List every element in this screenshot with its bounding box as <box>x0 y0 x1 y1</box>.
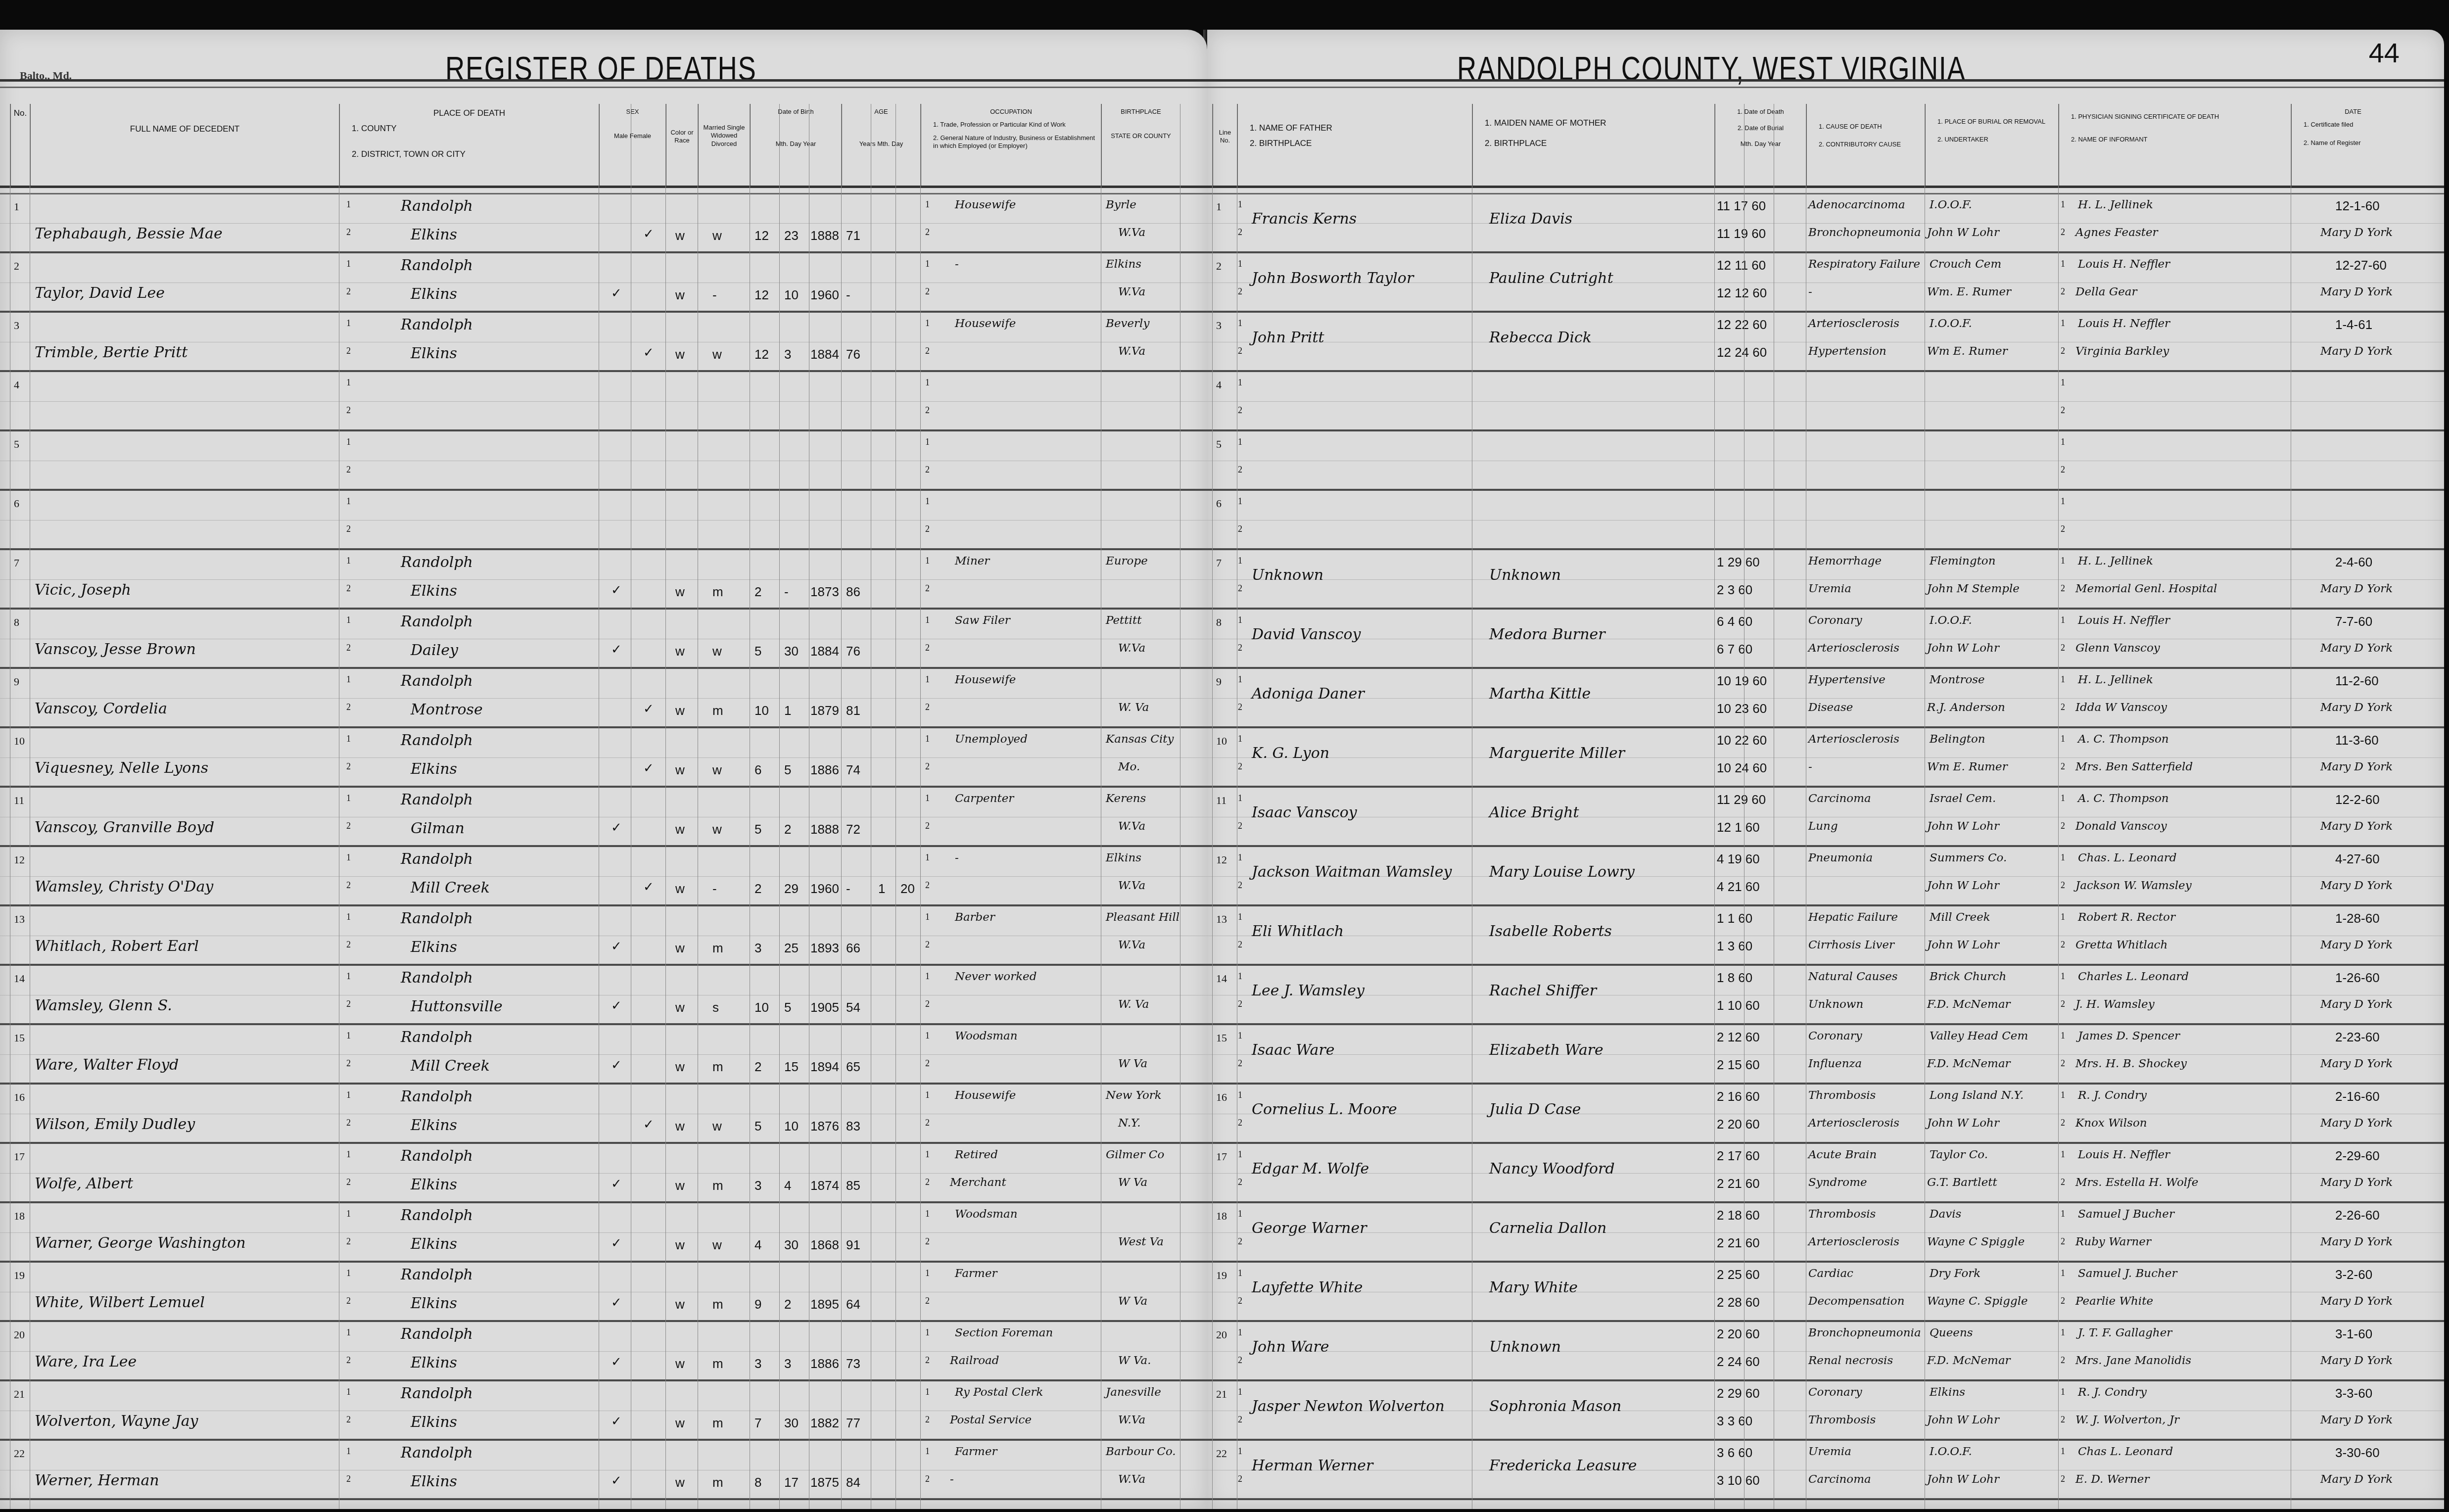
hdr-age-day: Day <box>892 140 903 147</box>
cause-of-death: Hepatic Failure <box>1808 911 1898 924</box>
column-rule <box>895 104 896 1509</box>
mother-maiden-name: Martha Kittle <box>1489 685 1591 703</box>
dob-year: 1886 <box>810 762 839 778</box>
contributory-cause: Carcinoma <box>1808 1473 1871 1486</box>
father-name: John Bosworth Taylor <box>1252 270 1413 287</box>
dob-year: 1894 <box>810 1059 839 1075</box>
dob-year: 1884 <box>810 644 839 659</box>
register-name: Mary D York <box>2320 998 2393 1011</box>
dob-month: 12 <box>754 287 769 303</box>
mother-maiden-name: Marguerite Miller <box>1489 745 1625 762</box>
occupation-trade: - <box>955 258 959 271</box>
register-row: 141212Wamsley, Glenn S.RandolphHuttonsvi… <box>0 967 1207 1025</box>
register-row: 91212Vanscoy, CordeliaRandolphMontrose✓w… <box>0 670 1207 728</box>
column-rule <box>599 104 599 1509</box>
sub-line-marker: 2 <box>1238 1177 1242 1187</box>
sub-line-marker: 2 <box>925 702 930 712</box>
undertaker: John W Lohr <box>1927 1414 1999 1426</box>
dob-year: 1888 <box>810 228 839 243</box>
sub-line-marker: 1 <box>346 1090 351 1100</box>
sub-line-marker: 2 <box>2061 821 2065 831</box>
dob-year: 1876 <box>810 1119 839 1134</box>
sub-line-marker: 2 <box>346 465 351 475</box>
contributory-cause: Arteriosclerosis <box>1808 1117 1899 1130</box>
color-race: w <box>675 1356 685 1371</box>
column-rule <box>1472 104 1472 1509</box>
row-number: 10 <box>14 735 25 748</box>
row-divider <box>1207 817 2444 817</box>
sub-line-marker: 2 <box>2061 643 2065 653</box>
dob-year: 1882 <box>810 1416 839 1431</box>
register-row: 111212Vanscoy, Granville BoydRandolphGil… <box>0 789 1207 847</box>
sex-female-mark: ✓ <box>643 1117 654 1132</box>
sex-female-mark: ✓ <box>643 345 654 360</box>
mother-maiden-name: Medora Burner <box>1489 626 1605 643</box>
dob-month: 2 <box>754 584 761 600</box>
sub-line-marker: 2 <box>2061 346 2065 356</box>
row-number: 12 <box>14 853 25 866</box>
sex-male-mark: ✓ <box>611 1414 622 1429</box>
town: Gilman <box>411 820 465 837</box>
register-name: Mary D York <box>2320 879 2393 892</box>
sub-line-marker: 1 <box>1238 259 1242 269</box>
row-number: 18 <box>14 1210 25 1223</box>
register-row: 81212David VanscoyMedora Burner6 4 606 7… <box>1207 611 2444 669</box>
row-number: 22 <box>1216 1447 1227 1460</box>
sub-line-marker: 2 <box>346 1177 351 1187</box>
county: Randolph <box>401 316 473 333</box>
sub-line-marker: 2 <box>346 1355 351 1366</box>
birthplace-line1: Pleasant Hill <box>1106 911 1179 924</box>
hdr-mother-2: 2. BIRTHPLACE <box>1473 128 1714 148</box>
register-name: Mary D York <box>2320 226 2393 239</box>
dob-month: 7 <box>754 1416 761 1431</box>
row-number: 16 <box>1216 1091 1227 1104</box>
certificate-filed-date: 2-23-60 <box>2335 1030 2380 1045</box>
date-of-death: 6 4 60 <box>1717 614 1752 629</box>
sub-line-marker: 2 <box>1238 1118 1242 1128</box>
undertaker: Wayne C. Spiggle <box>1927 1295 2028 1308</box>
register-name: Mary D York <box>2320 1235 2393 1248</box>
sub-line-marker: 2 <box>346 1296 351 1306</box>
row-number: 7 <box>1216 557 1222 569</box>
sex-male-mark: ✓ <box>611 1057 622 1073</box>
row-divider <box>0 1470 1207 1470</box>
mother-maiden-name: Elizabeth Ware <box>1489 1041 1603 1059</box>
hdr-occupation-1: 1. Trade, Profession or Particular Kind … <box>921 116 1101 129</box>
row-divider <box>1207 461 2444 461</box>
undertaker: John W Lohr <box>1927 879 1999 892</box>
register-row: 141212Lee J. WamsleyRachel Shiffer1 8 60… <box>1207 967 2444 1025</box>
color-race: w <box>675 347 685 362</box>
left-column-headers: No. FULL NAME OF DECEDENT PLACE OF DEATH… <box>0 104 1207 188</box>
informant: Glenn Vanscoy <box>2075 642 2160 655</box>
sub-line-marker: 2 <box>925 346 930 356</box>
hdr-town: 2. DISTRICT, TOWN OR CITY <box>340 134 599 159</box>
age-years: 91 <box>846 1237 860 1253</box>
color-race: w <box>675 1000 685 1015</box>
sub-line-marker: 2 <box>2061 1236 2065 1247</box>
county: Randolph <box>401 554 473 571</box>
contributory-cause: Syndrome <box>1808 1176 1867 1189</box>
register-row: 221212Werner, HermanRandolphElkins✓wm817… <box>0 1442 1207 1500</box>
sub-line-marker: 1 <box>2061 674 2065 685</box>
sub-line-marker: 2 <box>346 346 351 356</box>
age-years: 86 <box>846 584 860 600</box>
sub-line-marker: 2 <box>1238 1058 1242 1069</box>
age-years: 77 <box>846 1416 860 1431</box>
county: Randolph <box>401 850 473 868</box>
sub-line-marker: 1 <box>925 1090 930 1100</box>
county: Randolph <box>401 1444 473 1462</box>
father-name: Layfette White <box>1252 1279 1363 1296</box>
sub-line-marker: 1 <box>925 793 930 803</box>
hdr-full-name: FULL NAME OF DECEDENT <box>30 104 339 188</box>
decedent-name: Trimble, Bertie Pritt <box>35 344 188 361</box>
birthplace-line2: W Va <box>1118 1057 1147 1070</box>
sub-line-marker: 2 <box>346 286 351 297</box>
marital-status: m <box>712 1178 723 1193</box>
sub-line-marker: 1 <box>925 1149 930 1160</box>
date-of-burial: 1 3 60 <box>1717 939 1752 954</box>
contributory-cause: Hypertension <box>1808 345 1886 358</box>
informant: Ruby Warner <box>2075 1235 2151 1248</box>
hdr-dob-day: Day <box>790 140 801 147</box>
undertaker: G.T. Bartlett <box>1927 1176 1997 1189</box>
sub-line-marker: 1 <box>2061 1090 2065 1100</box>
dob-day: 4 <box>784 1178 791 1193</box>
row-number: 1 <box>1216 200 1222 213</box>
hdr-line-no: Line No. <box>1212 104 1237 188</box>
sub-line-marker: 1 <box>925 734 930 744</box>
dob-month: 10 <box>754 703 769 718</box>
cause-of-death: Pneumonia <box>1808 851 1873 864</box>
row-divider <box>0 401 1207 402</box>
certificate-filed-date: 2-29-60 <box>2335 1148 2380 1164</box>
cause-of-death: Adenocarcinoma <box>1808 198 1905 211</box>
dob-year: 1895 <box>810 1297 839 1312</box>
dob-day: 30 <box>784 644 799 659</box>
decedent-name: Vanscoy, Cordelia <box>35 700 167 717</box>
hdr-occupation-2: 2. General Nature of Industry, Business … <box>921 129 1101 150</box>
register-row: 171212Wolfe, AlbertRandolphElkins✓wm3418… <box>0 1145 1207 1203</box>
date-of-death: 11 29 60 <box>1717 792 1766 807</box>
dob-day: 2 <box>784 822 791 837</box>
color-race: w <box>675 1237 685 1253</box>
occupation-trade: Barber <box>955 911 995 924</box>
row-divider <box>1207 520 2444 520</box>
sex-female-mark: ✓ <box>643 879 654 895</box>
sub-line-marker: 1 <box>346 1327 351 1338</box>
color-race: w <box>675 287 685 303</box>
sub-line-marker: 1 <box>1238 793 1242 803</box>
sex-female-mark: ✓ <box>643 760 654 776</box>
physician: H. L. Jellinek <box>2078 198 2153 211</box>
row-number: 2 <box>14 260 19 273</box>
age-years: - <box>846 287 850 303</box>
place-of-burial: Mill Creek <box>1930 911 1990 924</box>
town: Elkins <box>411 1176 457 1193</box>
hdr-date-filed-label: DATE <box>2345 108 2361 115</box>
row-divider <box>1207 1232 2444 1233</box>
sub-line-marker: 2 <box>346 940 351 950</box>
sub-line-marker: 2 <box>2061 1474 2065 1484</box>
birthplace-line1: Elkins <box>1106 851 1141 864</box>
row-divider <box>0 1173 1207 1174</box>
certificate-filed-date: 4-27-60 <box>2335 851 2380 867</box>
dob-month: 3 <box>754 1178 761 1193</box>
sub-line-marker: 2 <box>346 999 351 1009</box>
sub-line-marker: 2 <box>1238 1474 1242 1484</box>
cause-of-death: Cardiac <box>1808 1267 1853 1280</box>
physician: Louis H. Neffler <box>2078 614 2170 627</box>
register-row: 121212Jackson Waitman WamsleyMary Louise… <box>1207 849 2444 906</box>
decedent-name: Vanscoy, Jesse Brown <box>35 641 196 658</box>
hdr-cause: 1. CAUSE OF DEATH 2. CONTRIBUTORY CAUSE <box>1806 104 1925 188</box>
dob-day: 3 <box>784 1356 791 1371</box>
contributory-cause: Cirrhosis Liver <box>1808 939 1894 951</box>
row-divider <box>1207 579 2444 580</box>
sub-line-marker: 1 <box>1238 1149 1242 1160</box>
mother-maiden-name: Carnelia Dallon <box>1489 1220 1606 1237</box>
row-divider <box>0 579 1207 580</box>
hdr-dates: 1. Date of Death 2. Date of Burial Mth. … <box>1714 104 1806 188</box>
dob-month: 5 <box>754 644 761 659</box>
decedent-name: Wamsley, Glenn S. <box>35 997 172 1014</box>
dob-month: 12 <box>754 347 769 362</box>
hdr-dob-label: Date of Birth <box>778 108 813 115</box>
dob-month: 2 <box>754 881 761 897</box>
date-of-death: 1 29 60 <box>1717 555 1760 570</box>
sub-line-marker: 2 <box>2061 1118 2065 1128</box>
row-divider <box>0 817 1207 817</box>
occupation-trade: Saw Filer <box>955 614 1010 627</box>
physician: Samuel J. Bucher <box>2078 1267 2177 1280</box>
undertaker: John W Lohr <box>1927 1117 1999 1130</box>
right-page: RANDOLPH COUNTY, WEST VIRGINIA 44 Line N… <box>1207 30 2444 1509</box>
certificate-filed-date: 12-1-60 <box>2335 198 2380 214</box>
informant: Mrs. Estella H. Wolfe <box>2075 1176 2198 1189</box>
certificate-filed-date: 1-28-60 <box>2335 911 2380 926</box>
hdr-place-of-death: PLACE OF DEATH 1. COUNTY 2. DISTRICT, TO… <box>339 104 599 188</box>
dob-month: 9 <box>754 1297 761 1312</box>
town: Elkins <box>411 1354 457 1371</box>
sub-line-marker: 1 <box>2061 1149 2065 1160</box>
register-row: 201212John WareUnknown2 20 602 24 60Bron… <box>1207 1323 2444 1381</box>
date-of-death: 2 25 60 <box>1717 1267 1760 1282</box>
row-number: 6 <box>14 497 19 510</box>
color-race: w <box>675 1475 685 1490</box>
row-number: 1 <box>14 200 19 213</box>
date-of-burial: 2 21 60 <box>1717 1235 1760 1251</box>
sub-line-marker: 1 <box>2061 556 2065 566</box>
sub-line-marker: 2 <box>925 524 930 534</box>
dob-day: 17 <box>784 1475 799 1490</box>
sub-line-marker: 1 <box>925 318 930 329</box>
sub-line-marker: 1 <box>925 674 930 685</box>
birthplace-line1: Pettitt <box>1106 614 1141 627</box>
date-of-death: 1 8 60 <box>1717 970 1752 986</box>
color-race: w <box>675 881 685 897</box>
birthplace-line1: Byrle <box>1106 198 1136 211</box>
physician: A. C. Thompson <box>2078 792 2169 805</box>
cause-of-death: Thrombosis <box>1808 1208 1876 1221</box>
marital-status: w <box>712 822 722 837</box>
dob-month: 3 <box>754 1356 761 1371</box>
column-rule <box>1744 104 1744 1509</box>
father-name: Herman Werner <box>1252 1457 1373 1474</box>
sex-male-mark: ✓ <box>611 285 622 301</box>
sub-line-marker: 2 <box>2061 940 2065 950</box>
father-name: Unknown <box>1252 567 1323 584</box>
dob-day: 5 <box>784 762 791 778</box>
physician: R. J. Condry <box>2078 1089 2147 1102</box>
sub-line-marker: 1 <box>2061 437 2065 447</box>
sub-line-marker: 2 <box>346 1058 351 1069</box>
birthplace-line1: Kansas City <box>1106 733 1174 746</box>
sub-line-marker: 2 <box>1238 1236 1242 1247</box>
date-of-death: 12 22 60 <box>1717 317 1767 332</box>
dob-day: 30 <box>784 1416 799 1431</box>
occupation-trade: Ry Postal Clerk <box>955 1386 1043 1399</box>
row-number: 3 <box>14 319 19 332</box>
register-row: 161212Cornelius L. MooreJulia D Case2 16… <box>1207 1086 2444 1144</box>
date-of-burial: 10 24 60 <box>1717 760 1767 776</box>
certificate-filed-date: 3-3-60 <box>2335 1386 2372 1401</box>
sub-line-marker: 1 <box>346 615 351 625</box>
sub-line-marker: 2 <box>925 761 930 772</box>
sub-line-marker: 1 <box>2061 615 2065 625</box>
occupation-trade: Woodsman <box>955 1030 1018 1042</box>
column-rule <box>2058 104 2059 1509</box>
row-number: 4 <box>1216 378 1222 391</box>
hdr-marital: Married Single Widowed Divorced <box>698 104 750 188</box>
sub-line-marker: 2 <box>1238 405 1242 416</box>
sub-line-marker: 1 <box>346 1149 351 1160</box>
register-row: 101212K. G. LyonMarguerite Miller10 22 6… <box>1207 730 2444 788</box>
color-race: w <box>675 822 685 837</box>
row-divider <box>0 1292 1207 1292</box>
occupation-trade: Never worked <box>955 970 1036 983</box>
sub-line-marker: 2 <box>1238 346 1242 356</box>
sex-male-mark: ✓ <box>611 642 622 657</box>
sub-line-marker: 2 <box>925 1236 930 1247</box>
row-divider <box>1207 1173 2444 1174</box>
column-rule <box>665 104 666 1509</box>
informant: Gretta Whitlach <box>2075 939 2167 951</box>
row-divider <box>1207 1054 2444 1055</box>
occupation-industry: Railroad <box>950 1354 999 1367</box>
date-of-death: 2 16 60 <box>1717 1089 1760 1104</box>
birthplace-line2: West Va <box>1118 1235 1164 1248</box>
sub-line-marker: 1 <box>346 556 351 566</box>
color-race: w <box>675 1297 685 1312</box>
birthplace-line1: Elkins <box>1106 258 1141 271</box>
birthplace-line2: W.Va <box>1118 345 1145 358</box>
mother-maiden-name: Nancy Woodford <box>1489 1160 1615 1178</box>
sub-line-marker: 2 <box>1238 1415 1242 1425</box>
register-row: 211212Wolverton, Wayne JayRandolphElkins… <box>0 1383 1207 1441</box>
undertaker: Wm E. Rumer <box>1927 345 2008 358</box>
age-years: 81 <box>846 703 860 718</box>
occupation-trade: Unemployed <box>955 733 1028 746</box>
register-row: 31212John PrittRebecca Dick12 22 6012 24… <box>1207 314 2444 372</box>
sub-line-marker: 2 <box>1238 1355 1242 1366</box>
informant: J. H. Wamsley <box>2075 998 2155 1011</box>
sub-line-marker: 2 <box>1238 524 1242 534</box>
header-rule <box>0 79 1207 88</box>
row-number: 11 <box>14 794 24 807</box>
informant: E. D. Werner <box>2075 1473 2149 1486</box>
physician: Louis H. Neffler <box>2078 258 2170 271</box>
age-years: 64 <box>846 1297 860 1312</box>
town: Elkins <box>411 226 457 243</box>
register-row: 181212George WarnerCarnelia Dallon2 18 6… <box>1207 1205 2444 1263</box>
sub-line-marker: 1 <box>2061 318 2065 329</box>
mother-maiden-name: Mary White <box>1489 1279 1578 1296</box>
cause-of-death: Natural Causes <box>1808 970 1898 983</box>
column-rule <box>2291 104 2291 1509</box>
occupation-industry: - <box>950 1473 954 1486</box>
register-row: 51212 <box>0 433 1207 491</box>
register-row: 201212Ware, Ira LeeRandolphElkins✓wm3318… <box>0 1323 1207 1381</box>
date-of-burial: 12 24 60 <box>1717 345 1767 360</box>
date-of-death: 2 12 60 <box>1717 1030 1760 1045</box>
sub-line-marker: 2 <box>346 583 351 594</box>
register-row: 111212Isaac VanscoyAlice Bright11 29 601… <box>1207 789 2444 847</box>
column-rule <box>1714 104 1715 1509</box>
mother-maiden-name: Pauline Cutright <box>1489 270 1613 287</box>
undertaker: Wm. E. Rumer <box>1927 285 2011 298</box>
column-rule <box>1774 104 1774 1509</box>
undertaker: John W Lohr <box>1927 642 1999 655</box>
town: Elkins <box>411 582 457 600</box>
date-of-burial: 10 23 60 <box>1717 701 1767 716</box>
column-rule <box>750 104 750 1509</box>
county: Randolph <box>401 1088 473 1105</box>
hdr-father-2: 2. BIRTHPLACE <box>1238 133 1472 148</box>
column-rule <box>1237 104 1237 1509</box>
decedent-name: Viquesney, Nelle Lyons <box>35 759 208 777</box>
sub-line-marker: 1 <box>2061 852 2065 863</box>
date-of-burial: 6 7 60 <box>1717 642 1752 657</box>
sub-line-marker: 1 <box>346 1446 351 1457</box>
sub-line-marker: 2 <box>346 702 351 712</box>
town: Elkins <box>411 345 457 362</box>
decedent-name: Wamsley, Christy O'Day <box>35 878 213 896</box>
register-name: Mary D York <box>2320 760 2393 773</box>
town: Elkins <box>411 1117 457 1134</box>
age-years: 83 <box>846 1119 860 1134</box>
date-of-burial: 2 21 60 <box>1717 1176 1760 1191</box>
date-of-burial: 12 1 60 <box>1717 820 1760 835</box>
register-row: 131212Whitlach, Robert EarlRandolphElkin… <box>0 908 1207 966</box>
sub-line-marker: 2 <box>1238 940 1242 950</box>
birthplace-line2: W Va <box>1118 1176 1147 1189</box>
date-of-death: 1 1 60 <box>1717 911 1752 926</box>
date-of-burial: 4 21 60 <box>1717 879 1760 895</box>
sub-line-marker: 1 <box>2061 1387 2065 1397</box>
place-of-burial: Dry Fork <box>1930 1267 1980 1280</box>
sub-line-marker: 1 <box>346 259 351 269</box>
sub-line-marker: 1 <box>346 378 351 388</box>
sub-line-marker: 2 <box>1238 702 1242 712</box>
date-of-burial: 2 24 60 <box>1717 1354 1760 1370</box>
sub-line-marker: 1 <box>1238 556 1242 566</box>
hdr-physician-2: 2. NAME OF INFORMANT <box>2059 121 2291 143</box>
certificate-filed-date: 1-26-60 <box>2335 970 2380 986</box>
sub-line-marker: 1 <box>2061 1446 2065 1457</box>
